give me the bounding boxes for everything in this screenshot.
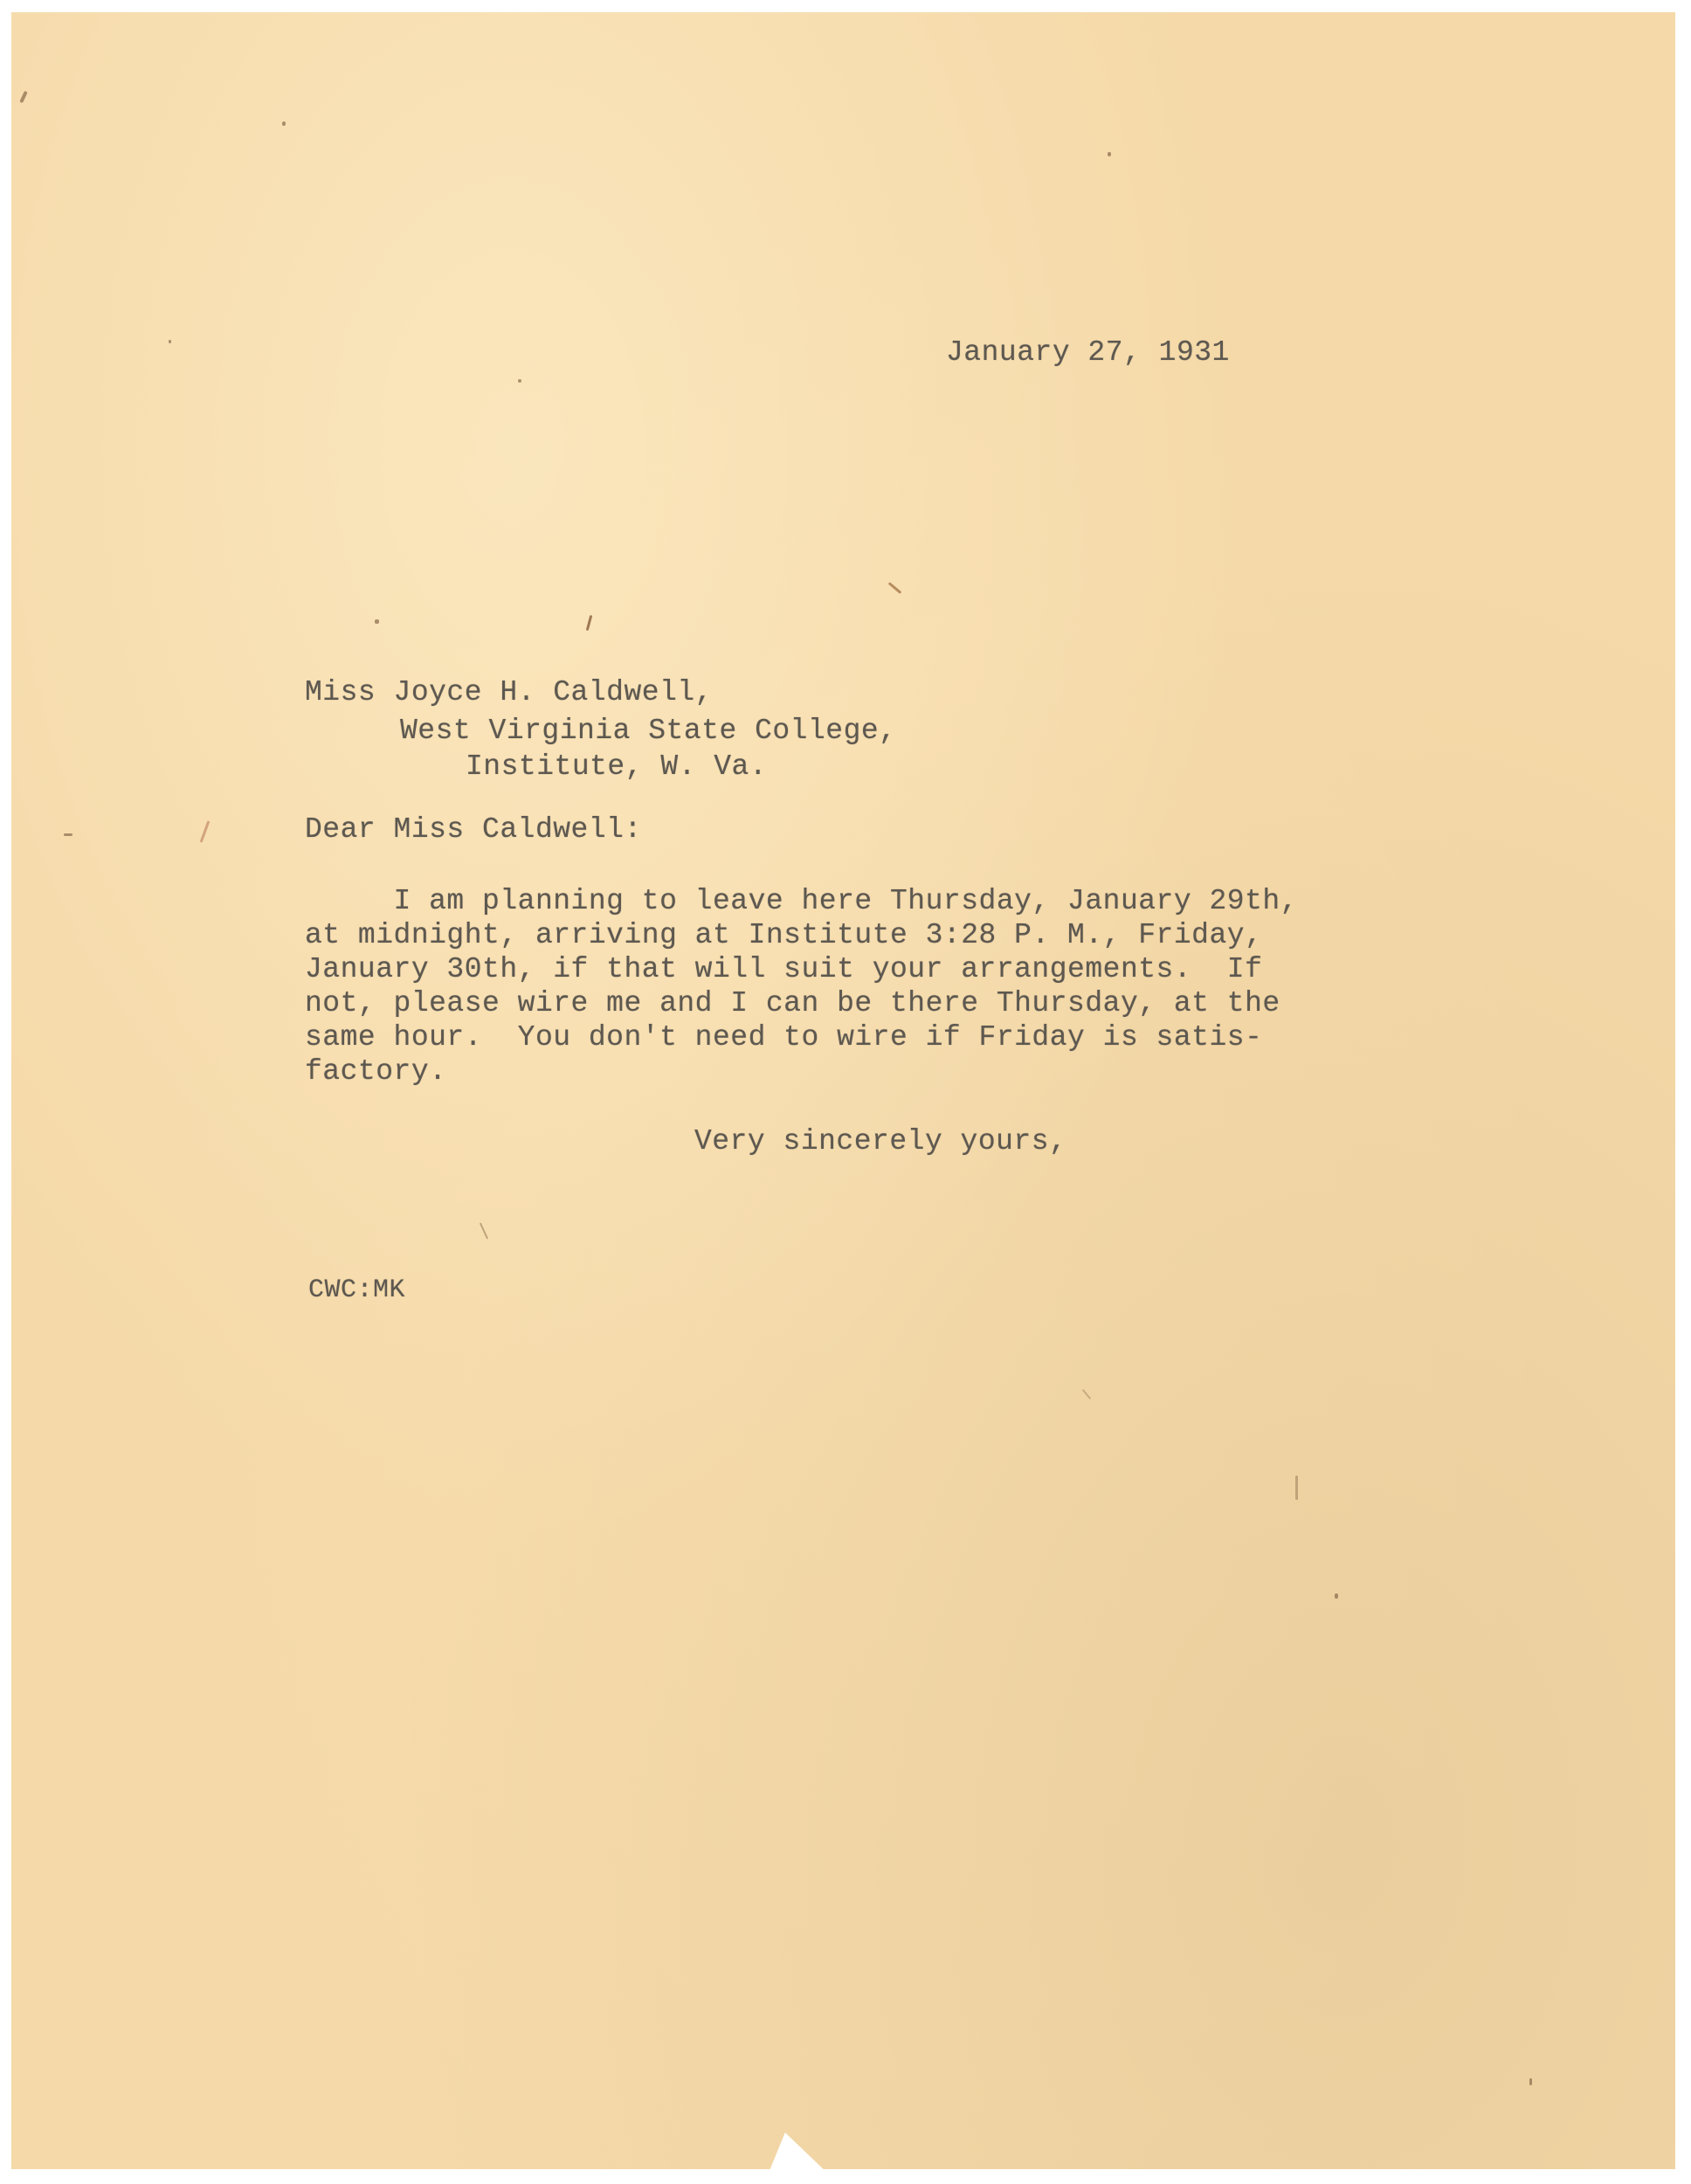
body-line: factory. xyxy=(305,1057,446,1086)
salutation: Dear Miss Caldwell: xyxy=(305,815,642,844)
paper-fleck xyxy=(1529,2078,1532,2085)
body-line: same hour. You don't need to wire if Fri… xyxy=(305,1023,1262,1052)
paper-fleck xyxy=(64,833,72,836)
paper-fleck xyxy=(200,820,211,842)
paper-fleck xyxy=(282,121,286,126)
reference-initials: CWC:MK xyxy=(308,1277,405,1303)
body-line: at midnight, arriving at Institute 3:28 … xyxy=(305,921,1262,950)
paper-fleck xyxy=(1295,1476,1298,1500)
recipient-address-line-1: West Virginia State College, xyxy=(400,716,897,745)
paper-fleck xyxy=(19,91,28,103)
recipient-name: Miss Joyce H. Caldwell, xyxy=(305,678,713,707)
body-line: January 30th, if that will suit your arr… xyxy=(305,955,1262,984)
recipient-address-line-2: Institute, W. Va. xyxy=(466,752,767,781)
paper-fleck xyxy=(888,582,902,594)
paper-fleck xyxy=(375,619,379,624)
paper-fleck xyxy=(1335,1593,1338,1599)
paper-fleck xyxy=(1082,1389,1092,1400)
paper-fleck xyxy=(480,1223,488,1240)
closing: Very sincerely yours, xyxy=(694,1127,1066,1156)
body-line: not, please wire me and I can be there T… xyxy=(305,989,1280,1018)
paper-fleck xyxy=(586,615,593,631)
letter-paper: January 27, 1931 Miss Joyce H. Caldwell,… xyxy=(11,12,1675,2169)
paper-fleck xyxy=(1108,152,1111,156)
paper-fleck xyxy=(169,340,171,343)
letter-date: January 27, 1931 xyxy=(946,338,1230,367)
body-line: I am planning to leave here Thursday, Ja… xyxy=(305,887,1298,916)
paper-fleck xyxy=(518,379,521,383)
